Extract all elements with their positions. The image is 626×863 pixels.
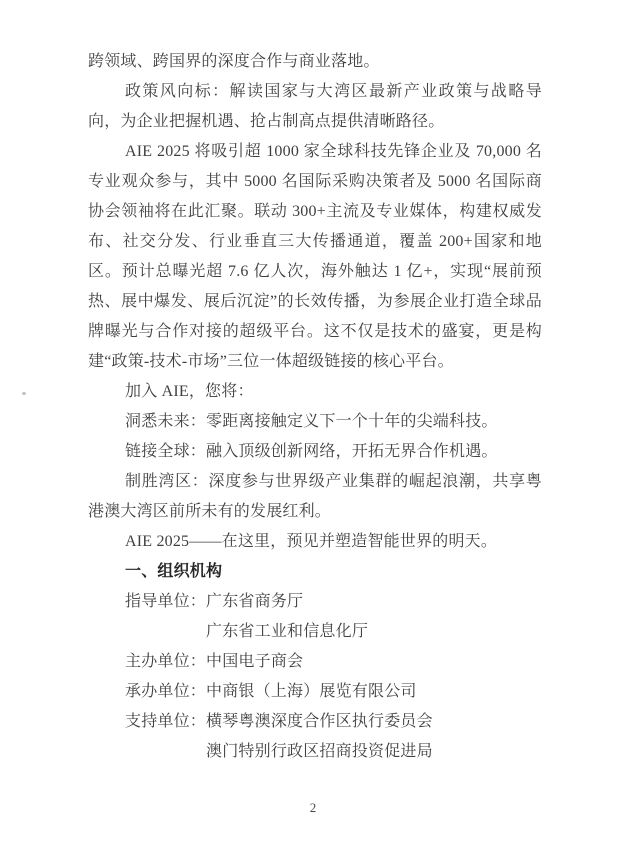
org-label: 主办单位： [125,647,206,677]
organization-list: 指导单位： 广东省商务厅 广东省工业和信息化厅 主办单位： 中国电子商会 承办单… [125,587,542,767]
org-value: 中国电子商会 [206,647,542,677]
scan-artifact-speck [22,392,26,395]
org-label: 指导单位： [125,587,206,617]
org-item-support-unit: 支持单位： 横琴粤澳深度合作区执行委员会 澳门特别行政区招商投资促进局 [125,707,542,767]
paragraph-continuation: 跨领域、跨国界的深度合作与商业落地。 [88,47,542,77]
org-values: 中国电子商会 [206,647,542,677]
paragraph-insight-future: 洞悉未来：零距离接触定义下一个十年的尖端科技。 [88,407,542,437]
org-label: 支持单位： [125,707,206,737]
page-number: 2 [0,799,626,817]
org-value: 广东省商务厅 [206,587,542,617]
org-value: 横琴粤澳深度合作区执行委员会 [206,707,542,737]
org-item-host-unit: 主办单位： 中国电子商会 [125,647,542,677]
paragraph-join-aie: 加入 AIE，您将： [88,377,542,407]
org-value: 澳门特别行政区招商投资促进局 [206,737,542,767]
section-heading-organization: 一、组织机构 [125,557,542,587]
document-body: 跨领域、跨国界的深度合作与商业落地。 政策风向标：解读国家与大湾区最新产业政策与… [88,47,542,767]
org-value: 中商银（上海）展览有限公司 [206,677,542,707]
org-values: 中商银（上海）展览有限公司 [206,677,542,707]
paragraph-policy-vane: 政策风向标：解读国家与大湾区最新产业政策与战略导向，为企业把握机遇、抢占制高点提… [88,77,542,137]
org-label: 承办单位： [125,677,206,707]
paragraph-aie-overview: AIE 2025 将吸引超 1000 家全球科技先锋企业及 70,000 名专业… [88,137,542,377]
org-values: 广东省商务厅 广东省工业和信息化厅 [206,587,542,647]
paragraph-link-global: 链接全球：融入顶级创新网络，开拓无界合作机遇。 [88,437,542,467]
org-values: 横琴粤澳深度合作区执行委员会 澳门特别行政区招商投资促进局 [206,707,542,767]
document-page: 跨领域、跨国界的深度合作与商业落地。 政策风向标：解读国家与大湾区最新产业政策与… [0,0,626,863]
paragraph-win-bay-area: 制胜湾区：深度参与世界级产业集群的崛起浪潮，共享粤港澳大湾区前所未有的发展红利。 [88,467,542,527]
org-value: 广东省工业和信息化厅 [206,617,542,647]
org-item-organizer-unit: 承办单位： 中商银（上海）展览有限公司 [125,677,542,707]
org-item-guidance-unit: 指导单位： 广东省商务厅 广东省工业和信息化厅 [125,587,542,647]
paragraph-aie-slogan: AIE 2025——在这里，预见并塑造智能世界的明天。 [88,527,542,557]
